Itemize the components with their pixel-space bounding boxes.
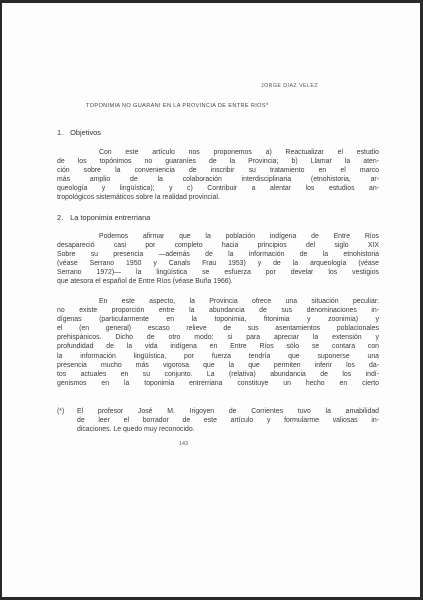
text-line: la información lingüística, por fuerza t… — [57, 352, 379, 361]
text-line: El profesor José M. Irigoyen de Corrient… — [77, 407, 379, 416]
section-number: 1. — [57, 128, 63, 137]
document-page: JORGE DIAZ VELEZ TOPONIMIA NO GUARANI EN… — [2, 3, 420, 597]
section-heading-objetivos: 1.Objetivos — [57, 128, 101, 137]
text-line: profundidad de la vida indígena en Entre… — [57, 342, 379, 351]
text-line: dígenas (particularmente en la toponimia… — [57, 315, 379, 324]
section-title: Objetivos — [70, 128, 101, 137]
article-title: TOPONIMIA NO GUARANI EN LA PROVINCIA DE … — [86, 103, 268, 109]
author-name: JORGE DIAZ VELEZ — [261, 83, 318, 89]
text-line: tropológicos sistemáticos sobre la reali… — [57, 193, 379, 202]
text-line: no existe proporción entre la abundancia… — [57, 306, 379, 315]
text-line: dicaciones. Le quedo muy reconocido. — [77, 425, 379, 434]
text-line: que atesora el español de Entre Ríos (vé… — [57, 277, 379, 286]
text-line: Sobre su presencia —además de la informa… — [57, 250, 379, 259]
section-number: 2. — [57, 213, 63, 222]
section-title: La toponimia entrerriana — [70, 213, 150, 222]
footnote-text: El profesor José M. Irigoyen de Corrient… — [77, 407, 379, 434]
text-line: tos actuales en su conjunto. La (relativ… — [57, 370, 379, 379]
text-line: de leer el borrador de este artículo y f… — [77, 416, 379, 425]
text-line: Podemos afirmar que la población indígen… — [57, 232, 379, 241]
paragraph-situacion-peculiar: En este aspecto, la Provincia ofrece una… — [57, 297, 379, 388]
text-line: el (en general) escaso relieve de sus as… — [57, 324, 379, 333]
text-line: presencia mucho más vigorosa que la que … — [57, 361, 379, 370]
text-line: (véase Serrano 1950 y Canals Frau 1953) … — [57, 259, 379, 268]
text-line: Con este artículo nos proponemos a) Reac… — [57, 148, 379, 157]
text-line: prehispánicos. Dicho de otro modo: si pa… — [57, 333, 379, 342]
text-line: más amplio de la colaboración interdisci… — [57, 175, 379, 184]
text-line: de los topónimos no guaraníes de la Prov… — [57, 157, 379, 166]
text-line: En este aspecto, la Provincia ofrece una… — [57, 297, 379, 306]
paragraph-objetivos: Con este artículo nos proponemos a) Reac… — [57, 148, 379, 203]
footnote-mark: (*) — [57, 407, 64, 416]
text-line: Serrano 1972)— la lingüística se esfuerz… — [57, 268, 379, 277]
text-line: genismos en la toponimia entrerriana con… — [57, 379, 379, 388]
text-line: queología y lingüística); y c) Contribui… — [57, 184, 379, 193]
text-line: desapareció casi por completo hacia prin… — [57, 241, 379, 250]
section-heading-toponimia: 2.La toponimia entrerriana — [57, 213, 150, 222]
page-number: 143 — [179, 441, 188, 447]
paragraph-poblacion-indigena: Podemos afirmar que la población indígen… — [57, 232, 379, 287]
text-line: ción sobre la conveniencia de inscribir … — [57, 166, 379, 175]
